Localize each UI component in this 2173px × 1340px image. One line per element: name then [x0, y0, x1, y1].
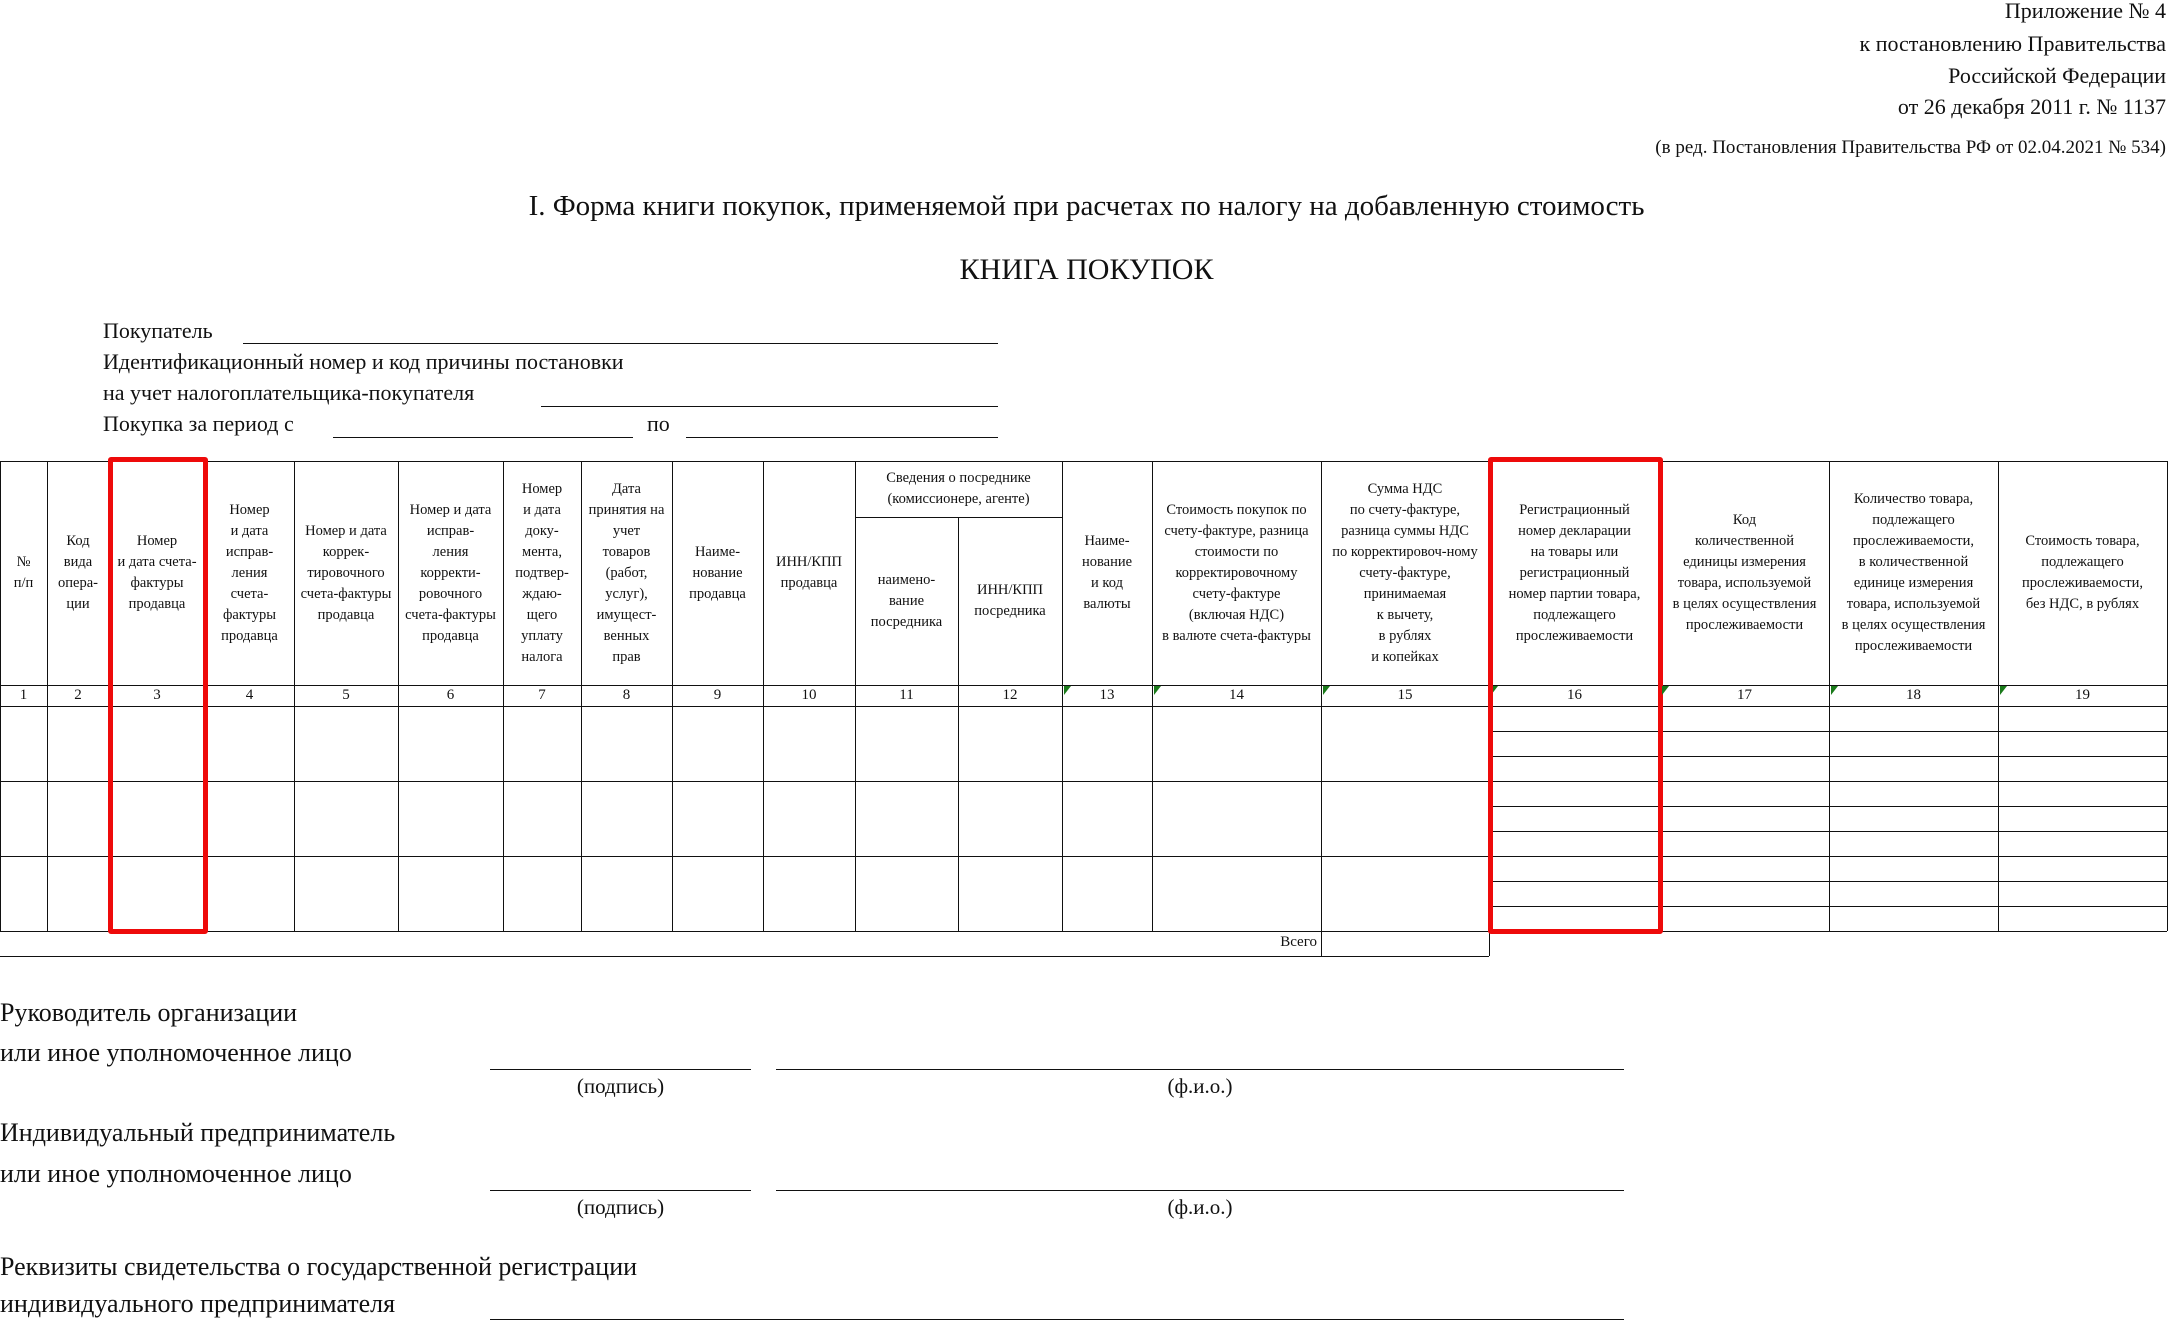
table-cell[interactable] [1660, 756, 1829, 781]
table-cell[interactable] [1998, 856, 2167, 881]
grid-hline-row [0, 931, 2167, 932]
grid-vline-total [1489, 931, 1490, 956]
appendix-line-2: к постановлению Правительства [1860, 33, 2166, 55]
column-header-18: Количество товара, подлежащего прослежив… [1829, 461, 1998, 685]
table-cell[interactable] [398, 781, 503, 856]
column-number-4: 4 [205, 685, 294, 706]
registration-label-line-1: Реквизиты свидетельства о государственно… [0, 1252, 637, 1282]
head-name-caption: (ф.и.о.) [776, 1074, 1624, 1099]
table-cell[interactable] [294, 856, 398, 931]
table-cell[interactable] [1660, 856, 1829, 881]
column-number-14: 14 [1152, 685, 1321, 706]
comment-marker-icon [2000, 686, 2007, 695]
table-cell[interactable] [1998, 806, 2167, 831]
column-header-13: Наиме- нование и код валюты [1062, 461, 1152, 685]
column-header-3: Номер и дата счета- фактуры продавца [109, 461, 205, 685]
comment-marker-icon [1064, 686, 1071, 695]
total-label: Всего [0, 934, 1317, 951]
table-cell[interactable] [958, 856, 1062, 931]
column-number-15: 15 [1321, 685, 1489, 706]
table-cell[interactable] [294, 706, 398, 781]
column-number-1: 1 [0, 685, 47, 706]
table-cell[interactable] [1660, 881, 1829, 906]
table-cell[interactable] [1829, 831, 1998, 856]
column-header-12: ИНН/КПП посредника [958, 517, 1062, 685]
column-header-5: Номер и дата коррек- тировочного счета-ф… [294, 461, 398, 685]
table-cell[interactable] [1998, 706, 2167, 731]
column-number-3: 3 [109, 685, 205, 706]
table-cell[interactable] [1829, 731, 1998, 756]
form-title: I. Форма книги покупок, применяемой при … [0, 190, 2173, 223]
ip-signature-field[interactable] [490, 1190, 751, 1191]
table-cell[interactable] [1489, 856, 1660, 881]
ip-name-field[interactable] [776, 1190, 1624, 1191]
table-cell[interactable] [47, 781, 109, 856]
table-cell[interactable] [672, 856, 763, 931]
head-signature-field[interactable] [490, 1069, 751, 1070]
table-cell[interactable] [1321, 781, 1489, 856]
table-cell[interactable] [1152, 856, 1321, 931]
appendix-line-4: от 26 декабря 2011 г. № 1137 [1898, 96, 2166, 118]
table-cell[interactable] [581, 856, 672, 931]
head-label-line-2: или иное уполномоченное лицо [0, 1038, 352, 1068]
table-cell[interactable] [1829, 781, 1998, 806]
period-to-field[interactable] [686, 437, 998, 438]
period-from-field[interactable] [333, 437, 633, 438]
period-label: Покупка за период с [103, 411, 294, 437]
table-cell[interactable] [672, 706, 763, 781]
table-cell[interactable] [0, 781, 47, 856]
table-cell[interactable] [205, 706, 294, 781]
table-cell[interactable] [1998, 781, 2167, 806]
table-cell[interactable] [205, 781, 294, 856]
column-header-9: Наиме- нование продавца [672, 461, 763, 685]
column-number-19: 19 [1998, 685, 2167, 706]
table-cell[interactable] [1998, 756, 2167, 781]
table-cell[interactable] [398, 706, 503, 781]
column-number-9: 9 [672, 685, 763, 706]
table-cell[interactable] [1489, 756, 1660, 781]
table-cell[interactable] [1489, 731, 1660, 756]
grid-vline [2167, 461, 2168, 931]
column-header-2: Код вида опера- ции [47, 461, 109, 685]
column-number-11: 11 [855, 685, 958, 706]
column-number-18: 18 [1829, 685, 1998, 706]
table-cell[interactable] [47, 856, 109, 931]
grid-hline-total [0, 956, 1489, 957]
appendix-line-3: Российской Федерации [1948, 65, 2166, 87]
column-number-10: 10 [763, 685, 855, 706]
column-header-17: Код количественной единицы измерения тов… [1660, 461, 1829, 685]
table-cell[interactable] [1062, 856, 1152, 931]
table-cell[interactable] [1829, 856, 1998, 881]
table-cell[interactable] [672, 781, 763, 856]
table-cell[interactable] [1489, 906, 1660, 931]
table-cell[interactable] [47, 706, 109, 781]
table-cell[interactable] [1660, 781, 1829, 806]
table-cell[interactable] [1062, 706, 1152, 781]
book-title: КНИГА ПОКУПОК [0, 253, 2173, 287]
table-cell[interactable] [1489, 806, 1660, 831]
column-header-4: Номер и дата исправ- ления счета- фактур… [205, 461, 294, 685]
head-signature-caption: (подпись) [490, 1074, 751, 1099]
table-cell[interactable] [109, 706, 205, 781]
table-cell[interactable] [1829, 806, 1998, 831]
table-cell[interactable] [1660, 731, 1829, 756]
table-cell[interactable] [1152, 706, 1321, 781]
registration-label-line-2: индивидуального предпринимателя [0, 1289, 395, 1319]
buyer-field[interactable] [243, 343, 998, 344]
inn-kpp-field[interactable] [541, 406, 998, 407]
table-cell[interactable] [1829, 756, 1998, 781]
table-cell[interactable] [1829, 906, 1998, 931]
column-header-10: ИНН/КПП продавца [763, 461, 855, 685]
table-cell[interactable] [855, 781, 958, 856]
inn-label-line-2: на учет налогоплательщика-покупателя [103, 380, 474, 406]
table-cell[interactable] [1660, 831, 1829, 856]
inn-label-line-1: Идентификационный номер и код причины по… [103, 349, 624, 375]
table-cell[interactable] [205, 856, 294, 931]
table-cell[interactable] [581, 706, 672, 781]
table-cell[interactable] [1489, 706, 1660, 731]
table-cell[interactable] [763, 856, 855, 931]
total-value-cell[interactable] [1321, 931, 1489, 956]
table-cell[interactable] [398, 856, 503, 931]
column-number-5: 5 [294, 685, 398, 706]
comment-marker-icon [1154, 686, 1161, 695]
column-header-7: Номер и дата доку- мента, подтвер- ждаю-… [503, 461, 581, 685]
table-cell[interactable] [1489, 881, 1660, 906]
comment-marker-icon [1662, 686, 1669, 695]
ip-signature-caption: (подпись) [490, 1195, 751, 1220]
table-cell[interactable] [1660, 706, 1829, 731]
ip-name-caption: (ф.и.о.) [776, 1195, 1624, 1220]
comment-marker-icon [1323, 686, 1330, 695]
table-cell[interactable] [581, 781, 672, 856]
table-cell[interactable] [1998, 831, 2167, 856]
table-cell[interactable] [1998, 881, 2167, 906]
table-cell[interactable] [294, 781, 398, 856]
ip-label-line-1: Индивидуальный предприниматель [0, 1118, 395, 1148]
column-number-6: 6 [398, 685, 503, 706]
table-cell[interactable] [1998, 906, 2167, 931]
table-cell[interactable] [0, 856, 47, 931]
head-label-line-1: Руководитель организации [0, 998, 297, 1028]
column-header-11: наимено- вание посредника [855, 517, 958, 685]
table-cell[interactable] [1062, 781, 1152, 856]
comment-marker-icon [1491, 686, 1498, 695]
column-number-16: 16 [1489, 685, 1660, 706]
registration-details-field[interactable] [490, 1319, 1624, 1320]
table-cell[interactable] [855, 706, 958, 781]
column-number-12: 12 [958, 685, 1062, 706]
column-number-7: 7 [503, 685, 581, 706]
column-number-17: 17 [1660, 685, 1829, 706]
table-cell[interactable] [855, 856, 958, 931]
table-cell[interactable] [958, 781, 1062, 856]
column-header-6: Номер и дата исправ- ления корректи- ров… [398, 461, 503, 685]
column-header-1: № п/п [0, 461, 47, 685]
column-header-15: Сумма НДС по счету-фактуре, разница сумм… [1321, 461, 1489, 685]
table-cell[interactable] [1152, 781, 1321, 856]
table-cell[interactable] [1829, 881, 1998, 906]
column-header-14: Стоимость покупок по счету-фактуре, разн… [1152, 461, 1321, 685]
column-header-19: Стоимость товара, подлежащего прослежива… [1998, 461, 2167, 685]
table-cell[interactable] [1660, 906, 1829, 931]
table-cell[interactable] [1321, 706, 1489, 781]
table-cell[interactable] [503, 781, 581, 856]
table-cell[interactable] [1829, 706, 1998, 731]
column-header-16: Регистрационный номер декларации на това… [1489, 461, 1660, 685]
table-cell[interactable] [958, 706, 1062, 781]
buyer-label: Покупатель [103, 318, 213, 344]
amendment-note: (в ред. Постановления Правительства РФ о… [1655, 137, 2166, 159]
table-cell[interactable] [109, 781, 205, 856]
table-cell[interactable] [763, 706, 855, 781]
column-number-13: 13 [1062, 685, 1152, 706]
table-cell[interactable] [109, 856, 205, 931]
period-to-label: по [647, 411, 670, 437]
table-cell[interactable] [0, 706, 47, 781]
column-number-8: 8 [581, 685, 672, 706]
table-cell[interactable] [763, 781, 855, 856]
ip-label-line-2: или иное уполномоченное лицо [0, 1159, 352, 1189]
table-cell[interactable] [1489, 781, 1660, 806]
table-cell[interactable] [503, 856, 581, 931]
table-cell[interactable] [503, 706, 581, 781]
comment-marker-icon [1831, 686, 1838, 695]
table-cell[interactable] [1489, 831, 1660, 856]
table-cell[interactable] [1998, 731, 2167, 756]
column-header-8: Дата принятия на учет товаров (работ, ус… [581, 461, 672, 685]
table-cell[interactable] [1321, 856, 1489, 931]
column-number-2: 2 [47, 685, 109, 706]
head-name-field[interactable] [776, 1069, 1624, 1070]
group-header-intermediary: Сведения о посреднике (комиссионере, аге… [855, 461, 1062, 517]
appendix-line-1: Приложение № 4 [2005, 0, 2166, 22]
table-cell[interactable] [1660, 806, 1829, 831]
